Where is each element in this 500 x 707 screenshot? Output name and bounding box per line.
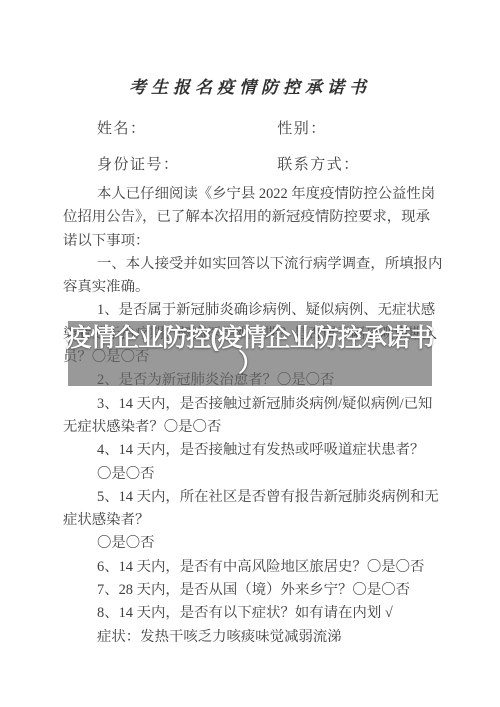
name-label: 姓名： [97, 117, 272, 138]
body-line: 3、14 天内，是否接触过新冠肺炎病例/疑似病例/已知 [63, 393, 455, 416]
watermark-caption: 疫情企业防控(疫情企业防控承诺书 ） [68, 324, 432, 386]
body-line: 6、14 天内，是否有中高风险地区旅居史？〇是〇否 [63, 556, 455, 579]
body-line: 1、是否属于新冠肺炎确诊病例、疑似病例、无症状感 [63, 299, 455, 322]
watermark-caption-line1: 疫情企业防控(疫情企业防控承诺书 [66, 324, 433, 352]
id-number-label: 身份证号： [97, 153, 272, 174]
document-body: 本人已仔细阅读《乡宁县 2022 年度疫情防控公益性岗位招用公告》，已了解本次招… [63, 183, 455, 649]
body-line: 〇是〇否 [63, 532, 455, 555]
document-page: 考生报名疫情防控承诺书 姓名： 性别： 身份证号： 联系方式： 本人已仔细阅读《… [0, 0, 500, 707]
watermark-caption-line2: ） [238, 350, 262, 376]
body-line: 症状感染者？ [63, 509, 455, 532]
body-line: 位招用公告》，已了解本次招用的新冠疫情防控要求，现承 [63, 206, 455, 229]
body-line: 诺以下事项： [63, 230, 455, 253]
info-row-id-contact: 身份证号： 联系方式： [97, 153, 360, 174]
body-line: 7、28 天内，是否从国（境）外来乡宁？〇是〇否 [63, 579, 455, 602]
body-line: 4、14 天内，是否接触过有发热或呼吸道症状患者？ [63, 439, 455, 462]
body-line: 8、14 天内，是否有以下症状？如有请在内划 √ [63, 602, 455, 625]
body-line: 本人已仔细阅读《乡宁县 2022 年度疫情防控公益性岗 [63, 183, 455, 206]
body-line: 〇是〇否 [63, 463, 455, 486]
body-line: 一、本人接受并如实回答以下流行病学调查，所填报内 [63, 253, 455, 276]
document-title: 考生报名疫情防控承诺书 [0, 73, 500, 98]
gender-label: 性别： [277, 121, 327, 137]
body-line: 5、14 天内，所在社区是否曾有报告新冠肺炎病例和无 [63, 486, 455, 509]
info-row-name-gender: 姓名： 性别： [97, 117, 327, 138]
contact-label: 联系方式： [277, 157, 360, 173]
body-line: 无症状感染者？〇是〇否 [63, 416, 455, 439]
body-line: 症状：发热干咳乏力咳痰味觉减弱流涕 [63, 626, 455, 649]
body-line: 容真实准确。 [63, 276, 455, 299]
